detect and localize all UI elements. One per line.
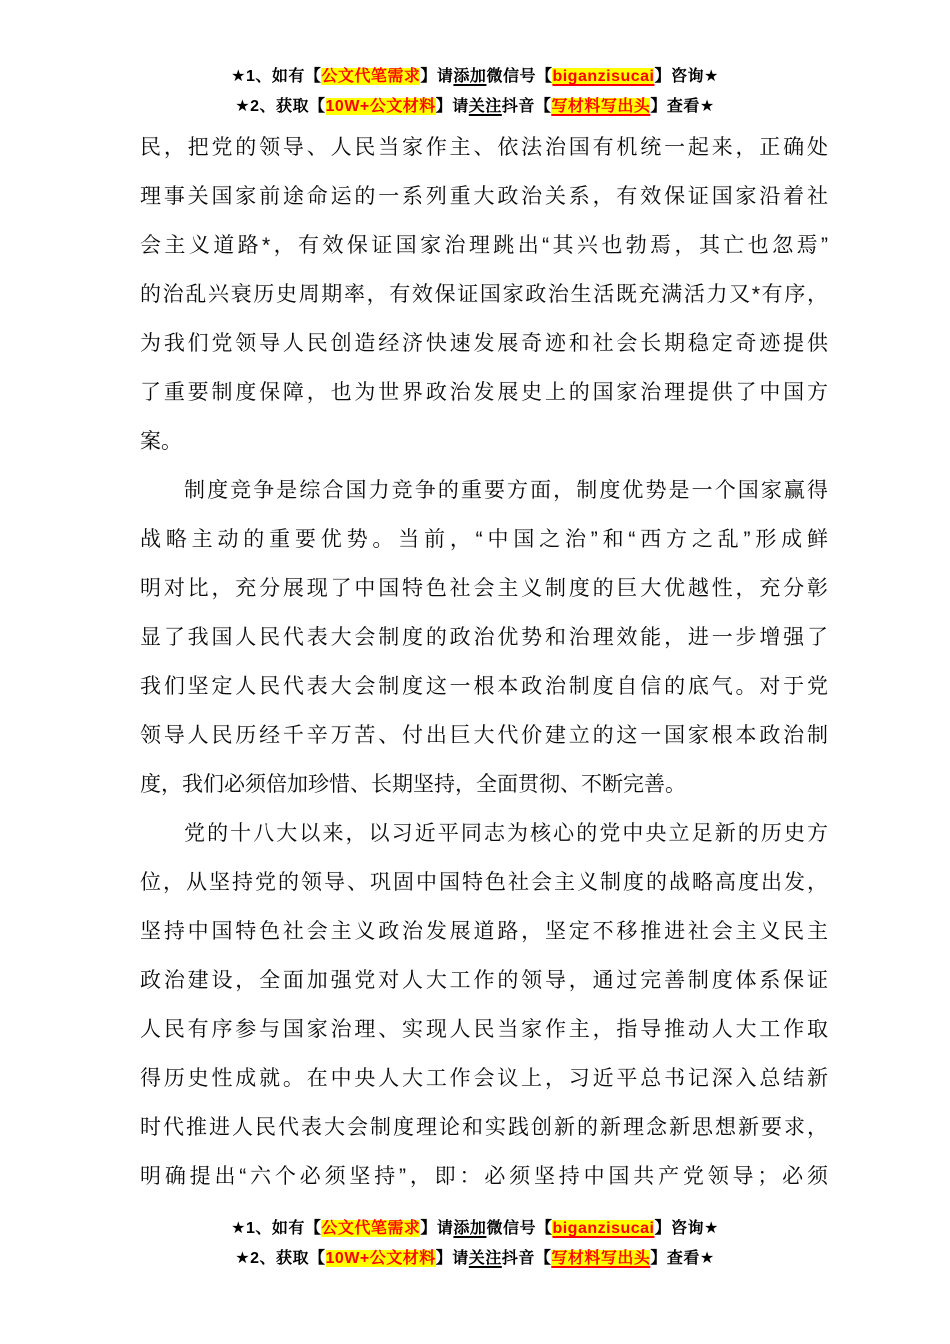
banner-segment-highlight-underline: biganzisucai	[552, 1220, 654, 1237]
banner-segment-highlight: 公文代笔需求	[321, 68, 420, 85]
banner-segment-plain: 微信号【	[486, 1220, 552, 1237]
header-banner: ★1、如有【公文代笔需求】请添加微信号【biganzisucai】咨询★★2、获…	[0, 62, 950, 122]
body-line: 我们坚定人民代表大会制度这一根本政治制度自信的底气。对于党	[140, 662, 828, 711]
body-line: 民，把党的领导、人民当家作主、依法治国有机统一起来，正确处	[140, 123, 828, 172]
banner-segment-plain: ★2、获取【	[235, 98, 325, 115]
banner-segment-plain: 】咨询★	[654, 68, 718, 85]
body-line: 理事关国家前途命运的一系列重大政治关系，有效保证国家沿着社	[140, 172, 828, 221]
banner-segment-underline: 添加	[453, 1220, 486, 1237]
body-line: 会主义道路*，有效保证国家治理跳出“其兴也勃焉，其亡也忽焉”	[140, 221, 828, 270]
banner-segment-plain: 】请	[420, 68, 453, 85]
body-line: 为我们党领导人民创造经济快速发展奇迹和社会长期稳定奇迹提供	[140, 319, 828, 368]
body-line: 明对比，充分展现了中国特色社会主义制度的巨大优越性，充分彰	[140, 564, 828, 613]
body-line: 度，我们必须倍加珍惜、长期坚持，全面贯彻、不断完善。	[140, 760, 828, 809]
paragraph: 民，把党的领导、人民当家作主、依法治国有机统一起来，正确处理事关国家前途命运的一…	[140, 123, 828, 466]
banner-segment-plain: 】查看★	[650, 1250, 714, 1267]
body-line: 党的十八大以来，以习近平同志为核心的党中央立足新的历史方	[140, 809, 828, 858]
banner-line: ★2、获取【10W+公文材料】请关注抖音【写材料写出头】查看★	[0, 92, 950, 122]
body-line: 了重要制度保障，也为世界政治发展史上的国家治理提供了中国方	[140, 368, 828, 417]
body-line: 显了我国人民代表大会制度的政治优势和治理效能，进一步增强了	[140, 613, 828, 662]
footer-banner: ★1、如有【公文代笔需求】请添加微信号【biganzisucai】咨询★★2、获…	[0, 1214, 950, 1274]
banner-segment-plain: ★1、如有【	[231, 1220, 321, 1237]
banner-segment-highlight: 10W+公文材料	[326, 1250, 436, 1267]
banner-segment-plain: ★2、获取【	[235, 1250, 325, 1267]
banner-segment-highlight-underline: biganzisucai	[552, 68, 654, 85]
body-line: 位，从坚持党的领导、巩固中国特色社会主义制度的战略高度出发，	[140, 858, 828, 907]
banner-segment-highlight: 公文代笔需求	[321, 1220, 420, 1237]
body-line: 得历史性成就。在中央人大工作会议上，习近平总书记深入总结新	[140, 1054, 828, 1103]
banner-segment-plain: ★1、如有【	[231, 68, 321, 85]
banner-line: ★2、获取【10W+公文材料】请关注抖音【写材料写出头】查看★	[0, 1244, 950, 1274]
banner-line: ★1、如有【公文代笔需求】请添加微信号【biganzisucai】咨询★	[0, 1214, 950, 1244]
body-line: 战略主动的重要优势。当前，“中国之治”和“西方之乱”形成鲜	[140, 515, 828, 564]
document-body: 民，把党的领导、人民当家作主、依法治国有机统一起来，正确处理事关国家前途命运的一…	[140, 123, 828, 1201]
banner-segment-plain: 】查看★	[650, 98, 714, 115]
body-line: 案。	[140, 417, 828, 466]
banner-segment-highlight: 10W+公文材料	[326, 98, 436, 115]
body-line: 制度竞争是综合国力竞争的重要方面，制度优势是一个国家赢得	[140, 466, 828, 515]
paragraph: 党的十八大以来，以习近平同志为核心的党中央立足新的历史方位，从坚持党的领导、巩固…	[140, 809, 828, 1201]
body-line: 明确提出“六个必须坚持”，即：必须坚持中国共产党领导；必须	[140, 1152, 828, 1201]
body-line: 政治建设，全面加强党对人大工作的领导，通过完善制度体系保证	[140, 956, 828, 1005]
banner-segment-plain: 】请	[436, 1250, 469, 1267]
paragraph: 制度竞争是综合国力竞争的重要方面，制度优势是一个国家赢得战略主动的重要优势。当前…	[140, 466, 828, 809]
banner-segment-highlight-underline: 写材料写出头	[551, 98, 650, 115]
body-line: 坚持中国特色社会主义政治发展道路，坚定不移推进社会主义民主	[140, 907, 828, 956]
banner-segment-highlight-underline: 写材料写出头	[551, 1250, 650, 1267]
banner-segment-plain: 】咨询★	[654, 1220, 718, 1237]
banner-line: ★1、如有【公文代笔需求】请添加微信号【biganzisucai】咨询★	[0, 62, 950, 92]
banner-segment-plain: 微信号【	[486, 68, 552, 85]
banner-segment-plain: 抖音【	[502, 98, 552, 115]
banner-segment-plain: 】请	[420, 1220, 453, 1237]
banner-segment-underline: 添加	[453, 68, 486, 85]
banner-segment-underline: 关注	[469, 1250, 502, 1267]
banner-segment-underline: 关注	[469, 98, 502, 115]
body-line: 时代推进人民代表大会制度理论和实践创新的新理念新思想新要求，	[140, 1103, 828, 1152]
body-line: 的治乱兴衰历史周期率，有效保证国家政治生活既充满活力又*有序，	[140, 270, 828, 319]
body-line: 领导人民历经千辛万苦、付出巨大代价建立的这一国家根本政治制	[140, 711, 828, 760]
document-page: ★1、如有【公文代笔需求】请添加微信号【biganzisucai】咨询★★2、获…	[0, 0, 950, 1344]
banner-segment-plain: 】请	[436, 98, 469, 115]
banner-segment-plain: 抖音【	[502, 1250, 552, 1267]
body-line: 人民有序参与国家治理、实现人民当家作主，指导推动人大工作取	[140, 1005, 828, 1054]
